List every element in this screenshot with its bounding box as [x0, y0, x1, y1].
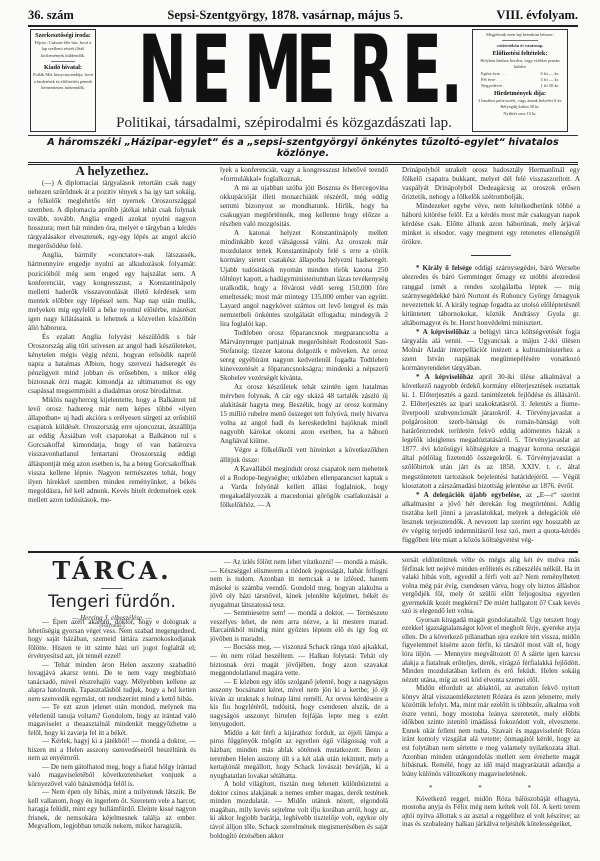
feuilleton-column-3: sorsát eldöntöttnek vélte és mégis alig … — [402, 556, 580, 829]
article-column-3: Drinápolyból utrakelt orosz hadosztály H… — [402, 166, 580, 545]
paragraph: Todtleben orosz főparancsnok megparancso… — [220, 329, 388, 383]
editorial-text: Főpiac, Császár-féle ház, hová a lap sze… — [33, 40, 93, 59]
title-letter: M — [244, 28, 270, 114]
title-letter: N — [138, 28, 164, 114]
divider — [101, 588, 123, 589]
paragraph: Következő reggel, midőn Róza hálószobájá… — [402, 795, 580, 829]
paragraph: A hold világított, tisztán meg lehetett … — [210, 780, 388, 840]
paragraph: (—) A diplomaciai tárgyalások retortáin … — [28, 179, 196, 251]
subtitle: Politikai, társadalmi, szépirodalmi és k… — [96, 115, 472, 132]
masthead-title: N E M E R E. — [138, 28, 444, 118]
editorial-heading: Szerkesztőségi iroda: — [33, 32, 93, 40]
paragraph: — Nem épen oly hibás, mint a milyennek l… — [28, 788, 196, 831]
article-column-1: A helyzethez. (—) A diplomaciai tárgyalá… — [28, 166, 196, 505]
paragraph: — Semmiesetre sem! — mondá a doktor. — T… — [210, 609, 388, 643]
news-item: * A delegációk újabb egybelése, az „E—r“… — [402, 491, 580, 545]
subscription-text: Helyben házhoz hordva, vagy vidékre post… — [475, 58, 565, 71]
section-divider — [471, 255, 511, 256]
section-break-stars: * * * — [402, 784, 580, 793]
divider — [502, 40, 538, 41]
paragraph: — E közben egy idős szolganő jelenté, ho… — [210, 678, 388, 729]
paragraph: — Az izlés fölött nem lehet vitatkozni! … — [210, 558, 388, 609]
publisher-text: Pollák Mór könyvnyomdája, hová a hirdeté… — [33, 72, 93, 91]
paragraph: — Kérlek, hagyj ki a játékból! — mondá a… — [28, 737, 196, 763]
paragraph: — Te ezt azon jelenet után mondod, melyn… — [28, 703, 196, 737]
publisher-heading: Kiadó hivatal: — [33, 64, 93, 72]
issue-number: 36. szám — [28, 8, 74, 24]
paragraph: Gyorsan kiragadá magát gondolataiból. Ug… — [402, 616, 580, 684]
paragraph: A Kavallából megindult orosz csapatok ne… — [220, 465, 388, 510]
paragraph: Midőn elfordult az ablaktól, az asztalon… — [402, 684, 580, 778]
paragraph: Miklós nagyherceg kijelentette, hogy a B… — [28, 396, 196, 505]
paragraph: Végre a fölkelőkről vett híreinket a köv… — [220, 446, 388, 464]
paragraph: Drinápolyból utrakelt orosz hadosztály H… — [402, 166, 580, 202]
feuilleton-rule — [28, 551, 578, 553]
title-letter: E — [191, 28, 217, 114]
paragraph: Midőn a két férfi a kijárathoz fordult, … — [210, 729, 388, 780]
feuilleton-column-1: — Épen azért akarom, doktor, hogy e dolo… — [28, 618, 196, 831]
news-item: * A képviselőház april 30-iki ülése alka… — [402, 373, 580, 491]
editorial-office-box: Szerkesztőségi iroda: Főpiac, Császár-fé… — [30, 29, 96, 132]
paragraph: A katonai helyzet Konstantinápoly mellet… — [220, 229, 388, 329]
title-letter: E — [296, 28, 322, 114]
story-title: Tengeri fürdőn. — [28, 592, 196, 612]
official-gazette-line: A háromszéki „Házipar-egylet“ és a „seps… — [28, 135, 578, 165]
paragraph: — Épen azért akarom, doktor, hogy e dolo… — [28, 618, 196, 661]
paragraph: — Tehát minden áron Helen asszony szabad… — [28, 661, 196, 704]
feuilleton-column-2: — Az izlés fölött nem lehet vitatkozni! … — [210, 558, 388, 840]
paragraph: — Bocsáss meg, — viszonzá Schack ránga t… — [210, 643, 388, 677]
title-letter: E. — [402, 28, 428, 114]
paragraph: Az orosz készületek tehát szintén igen h… — [220, 383, 388, 446]
news-lead: * Király ő felsége — [416, 264, 472, 272]
open-space-fee: Nyilttér sora 15 kr. — [475, 111, 565, 117]
ads-heading: Hirdetmények díja: — [475, 90, 565, 98]
news-lead: * A képviselőház — [416, 373, 474, 381]
paragraph: A mi az ujabban szóba jött Bosznia és He… — [220, 184, 388, 229]
news-item: * Király ő felsége eddigi szárnysegédei,… — [402, 264, 580, 327]
divider — [51, 61, 75, 62]
section-title: TÁRCA. — [28, 556, 196, 585]
article-title: A helyzethez. — [28, 166, 196, 175]
subscription-box: Megjelenik ezen lap hetenkint kétszer: c… — [472, 29, 568, 132]
paragraph: És ezalatt Anglia folyvást készülődik s … — [28, 333, 196, 396]
news-item: * A képviselőház a belügyi tárca költség… — [402, 328, 580, 373]
volume: VIII. évfolyam. — [496, 8, 578, 24]
title-letter: R — [349, 28, 375, 114]
paragraph: Anglia, bármily »conctator«-nak látszass… — [28, 251, 196, 332]
news-lead: * A képviselőház — [416, 328, 470, 336]
paragraph: Mindezeket egybe véve, nem kételkedhetün… — [402, 202, 580, 247]
paragraph: sorsát eldöntöttnek vélte és mégis alig … — [402, 556, 580, 616]
publication-intro: Megjelenik ezen lap hetenkint kétszer: — [475, 32, 565, 38]
news-lead: * A delegációk újabb egybelése, — [416, 491, 521, 499]
paragraph: — De nem gátolhatod meg, hogy a fiatal h… — [28, 763, 196, 789]
subscription-heading: Előfizetési feltételek: — [475, 50, 565, 58]
paragraph: lyek a konferenciát, vagy a kongresszust… — [220, 166, 388, 184]
article-column-2: lyek a konferenciát, vagy a kongresszust… — [220, 166, 388, 510]
